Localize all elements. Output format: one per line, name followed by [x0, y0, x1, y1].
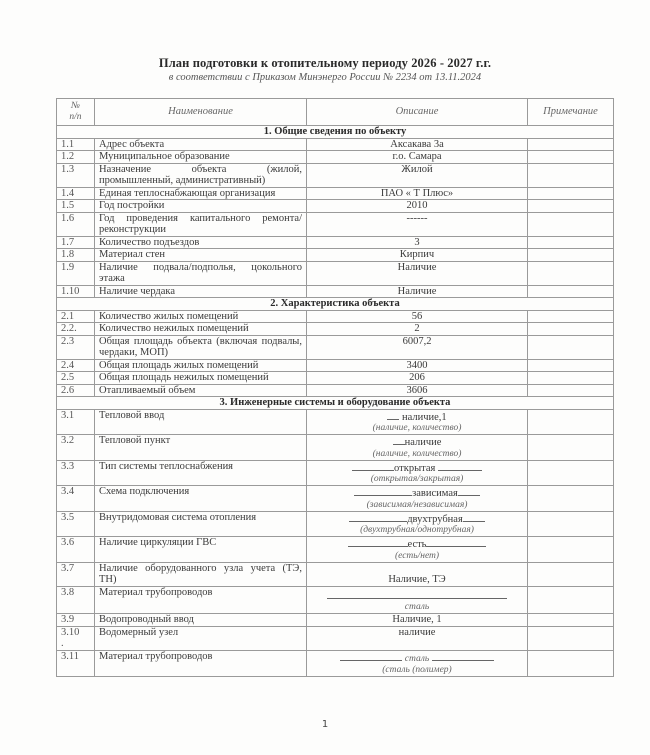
row-name: Водопроводный ввод [95, 614, 307, 627]
header-number-line1: № [71, 101, 80, 111]
table-row: 1.5Год постройки2010 [57, 200, 614, 213]
row-value: г.о. Самара [307, 151, 528, 164]
section-header-general: 1. Общие сведения по объекту [57, 126, 614, 139]
table-row: 1.2Муниципальное образованиег.о. Самара [57, 151, 614, 164]
row-name: Общая площадь объекта (включая подвалы, … [95, 335, 307, 359]
row-name: Наличие подвала/подполья, цокольного эта… [95, 261, 307, 285]
row-note [528, 359, 614, 372]
row-hint: (двухтрубная/однотрубная) [311, 525, 523, 536]
row-hint: (сталь (полимер) [311, 665, 523, 676]
row-number: 3.3 [57, 460, 95, 486]
table-row: 3.7Наличие оборудованного узла учета (ТЭ… [57, 562, 614, 586]
row-number: 1.4 [57, 187, 95, 200]
row-note [528, 200, 614, 213]
row-value: Кирпич [307, 249, 528, 262]
document-subtitle: в соответствии с Приказом Минэнерго Росс… [0, 72, 650, 83]
row-value: 206 [307, 372, 528, 385]
row-name: Материал стен [95, 249, 307, 262]
row-value: 2 [307, 323, 528, 336]
table-row: 3.5Внутридомовая система отоплениядвухтр… [57, 511, 614, 537]
row-number: 1.10 [57, 285, 95, 298]
table-row: 3.2Тепловой пунктналичие(наличие, количе… [57, 435, 614, 461]
row-value: наличие [307, 626, 528, 650]
row-number: 2.3 [57, 335, 95, 359]
row-name: Год постройки [95, 200, 307, 213]
row-note [528, 310, 614, 323]
row-number: 1.1 [57, 138, 95, 151]
row-hint: (наличие, количество) [311, 449, 523, 460]
row-note [528, 435, 614, 461]
row-value: Наличие, ТЭ [307, 562, 528, 586]
row-name: Схема подключения [95, 486, 307, 512]
table-row: 3.1Тепловой ввод наличие,1(наличие, коли… [57, 409, 614, 435]
row-note [528, 212, 614, 236]
table-row: 3.4Схема подключениязависимая(зависимая/… [57, 486, 614, 512]
section-title: 1. Общие сведения по объекту [57, 126, 614, 139]
row-number: 3.9 [57, 614, 95, 627]
row-hint: (открытая/закрытая) [311, 474, 523, 485]
row-number: 3.11 [57, 650, 95, 676]
row-value: 3400 [307, 359, 528, 372]
row-value: Аксакава 3а [307, 138, 528, 151]
row-value: Наличие [307, 261, 528, 285]
row-name: Наличие циркуляции ГВС [95, 537, 307, 563]
table-row: 2.2.Количество нежилых помещений2 [57, 323, 614, 336]
row-number: 1.8 [57, 249, 95, 262]
row-value-text: сталь [405, 654, 429, 664]
row-number: 3.7 [57, 562, 95, 586]
row-number: 3.4 [57, 486, 95, 512]
row-name: Тепловой ввод [95, 409, 307, 435]
row-number: 1.2 [57, 151, 95, 164]
row-name: Назначение объекта (жилой, промышленный,… [95, 163, 307, 187]
table-row: 1.3Назначение объекта (жилой, промышленн… [57, 163, 614, 187]
row-name: Муниципальное образование [95, 151, 307, 164]
row-value-text: открытая [394, 463, 435, 474]
table-row: 3.11Материал трубопроводов сталь (сталь … [57, 650, 614, 676]
row-note [528, 562, 614, 586]
row-value-text: двухтрубная [407, 514, 463, 525]
row-value: двухтрубная(двухтрубная/однотрубная) [307, 511, 528, 537]
row-note [528, 323, 614, 336]
row-name: Тип системы теплоснабжения [95, 460, 307, 486]
row-number: 2.2. [57, 323, 95, 336]
row-note [528, 409, 614, 435]
row-note [528, 335, 614, 359]
row-note [528, 187, 614, 200]
row-name: Количество нежилых помещений [95, 323, 307, 336]
row-note [528, 626, 614, 650]
table-row: 3.3Тип системы теплоснабженияоткрытая (о… [57, 460, 614, 486]
row-hint: (зависимая/независимая) [311, 500, 523, 511]
row-note [528, 460, 614, 486]
row-name: Наличие оборудованного узла учета (ТЭ, Т… [95, 562, 307, 586]
row-note [528, 163, 614, 187]
table-row: 1.10Наличие чердакаНаличие [57, 285, 614, 298]
table-row: 1.8Материал стенКирпич [57, 249, 614, 262]
section-header-engineering: 3. Инженерные системы и оборудование объ… [57, 397, 614, 410]
row-name: Материал трубопроводов [95, 586, 307, 614]
row-value-text: наличие,1 [402, 412, 447, 423]
table-row: 2.3Общая площадь объекта (включая подвал… [57, 335, 614, 359]
row-name: Общая площадь жилых помещений [95, 359, 307, 372]
row-note [528, 650, 614, 676]
row-name: Количество подъездов [95, 236, 307, 249]
row-name: Отапливаемый объем [95, 384, 307, 397]
row-value: сталь (сталь (полимер) [307, 650, 528, 676]
table-row: 1.4Единая теплоснабжающая организацияПАО… [57, 187, 614, 200]
table-row: 2.4Общая площадь жилых помещений3400 [57, 359, 614, 372]
row-value-text: зависимая [412, 488, 458, 499]
row-value: Наличие [307, 285, 528, 298]
row-value: наличие(наличие, количество) [307, 435, 528, 461]
row-number: 2.5 [57, 372, 95, 385]
row-note [528, 249, 614, 262]
row-value: открытая (открытая/закрытая) [307, 460, 528, 486]
row-number: 3.5 [57, 511, 95, 537]
row-name: Внутридомовая система отопления [95, 511, 307, 537]
row-value: Наличие, 1 [307, 614, 528, 627]
section-title: 3. Инженерные системы и оборудование объ… [57, 397, 614, 410]
row-value-text: наличие [405, 437, 442, 448]
table-row: 1.6Год проведения капитального ремонта/р… [57, 212, 614, 236]
row-note [528, 261, 614, 285]
row-value: 56 [307, 310, 528, 323]
row-number-text: 3.10 [61, 627, 79, 638]
table-row: 2.6Отапливаемый объем3606 [57, 384, 614, 397]
table-header-row: № п/п Наименование Описание Примечание [57, 99, 614, 126]
row-hint: (наличие, количество) [311, 423, 523, 434]
table-row: 3.8Материал трубопроводовсталь [57, 586, 614, 614]
row-name: Водомерный узел [95, 626, 307, 650]
row-name: Общая площадь нежилых помещений [95, 372, 307, 385]
row-value: ------ [307, 212, 528, 236]
section-header-characteristics: 2. Характеристика объекта [57, 298, 614, 311]
row-name: Материал трубопроводов [95, 650, 307, 676]
row-number: 3.8 [57, 586, 95, 614]
table-row: 3.6Наличие циркуляции ГВСесть(есть/нет) [57, 537, 614, 563]
header-name: Наименование [95, 99, 307, 126]
row-name: Единая теплоснабжающая организация [95, 187, 307, 200]
row-value: зависимая(зависимая/независимая) [307, 486, 528, 512]
table-row: 2.5Общая площадь нежилых помещений206 [57, 372, 614, 385]
row-number: 2.4 [57, 359, 95, 372]
row-name: Количество жилых помещений [95, 310, 307, 323]
row-value: 6007,2 [307, 335, 528, 359]
row-number: 1.9 [57, 261, 95, 285]
row-value: 3 [307, 236, 528, 249]
row-note [528, 236, 614, 249]
row-note [528, 151, 614, 164]
table-row: 2.1Количество жилых помещений56 [57, 310, 614, 323]
row-value: ПАО « Т Плюс» [307, 187, 528, 200]
row-number-suffix: . [61, 638, 64, 649]
row-note [528, 586, 614, 614]
row-note [528, 285, 614, 298]
row-hint: (есть/нет) [311, 551, 523, 562]
row-note [528, 384, 614, 397]
row-value: Жилой [307, 163, 528, 187]
row-note [528, 372, 614, 385]
section-title: 2. Характеристика объекта [57, 298, 614, 311]
row-number: 3.10. [57, 626, 95, 650]
row-note [528, 486, 614, 512]
row-number: 1.5 [57, 200, 95, 213]
row-note [528, 537, 614, 563]
document-title: План подготовки к отопительному периоду … [0, 56, 650, 71]
page-number: 1 [0, 719, 650, 730]
row-number: 1.7 [57, 236, 95, 249]
row-value: 3606 [307, 384, 528, 397]
heating-plan-table: № п/п Наименование Описание Примечание 1… [56, 98, 614, 677]
header-description: Описание [307, 99, 528, 126]
row-value: сталь [307, 586, 528, 614]
table-row: 1.7Количество подъездов3 [57, 236, 614, 249]
row-name: Год проведения капитального ремонта/реко… [95, 212, 307, 236]
table-row: 3.9Водопроводный вводНаличие, 1 [57, 614, 614, 627]
row-name: Тепловой пункт [95, 435, 307, 461]
table-row: 1.9Наличие подвала/подполья, цокольного … [57, 261, 614, 285]
row-number: 1.6 [57, 212, 95, 236]
row-name: Наличие чердака [95, 285, 307, 298]
row-number: 2.6 [57, 384, 95, 397]
row-number: 3.2 [57, 435, 95, 461]
table-row: 1.1Адрес объектаАксакава 3а [57, 138, 614, 151]
row-value: наличие,1(наличие, количество) [307, 409, 528, 435]
row-note [528, 511, 614, 537]
row-number: 3.6 [57, 537, 95, 563]
row-number: 3.1 [57, 409, 95, 435]
row-name: Адрес объекта [95, 138, 307, 151]
row-value: есть(есть/нет) [307, 537, 528, 563]
row-note [528, 614, 614, 627]
row-value: 2010 [307, 200, 528, 213]
row-number: 2.1 [57, 310, 95, 323]
row-value-text: есть [408, 539, 427, 550]
row-number: 1.3 [57, 163, 95, 187]
header-number: № п/п [57, 99, 95, 126]
header-note: Примечание [528, 99, 614, 126]
header-number-line2: п/п [69, 112, 81, 122]
row-hint: сталь [311, 602, 523, 613]
table-row: 3.10.Водомерный узелналичие [57, 626, 614, 650]
row-note [528, 138, 614, 151]
